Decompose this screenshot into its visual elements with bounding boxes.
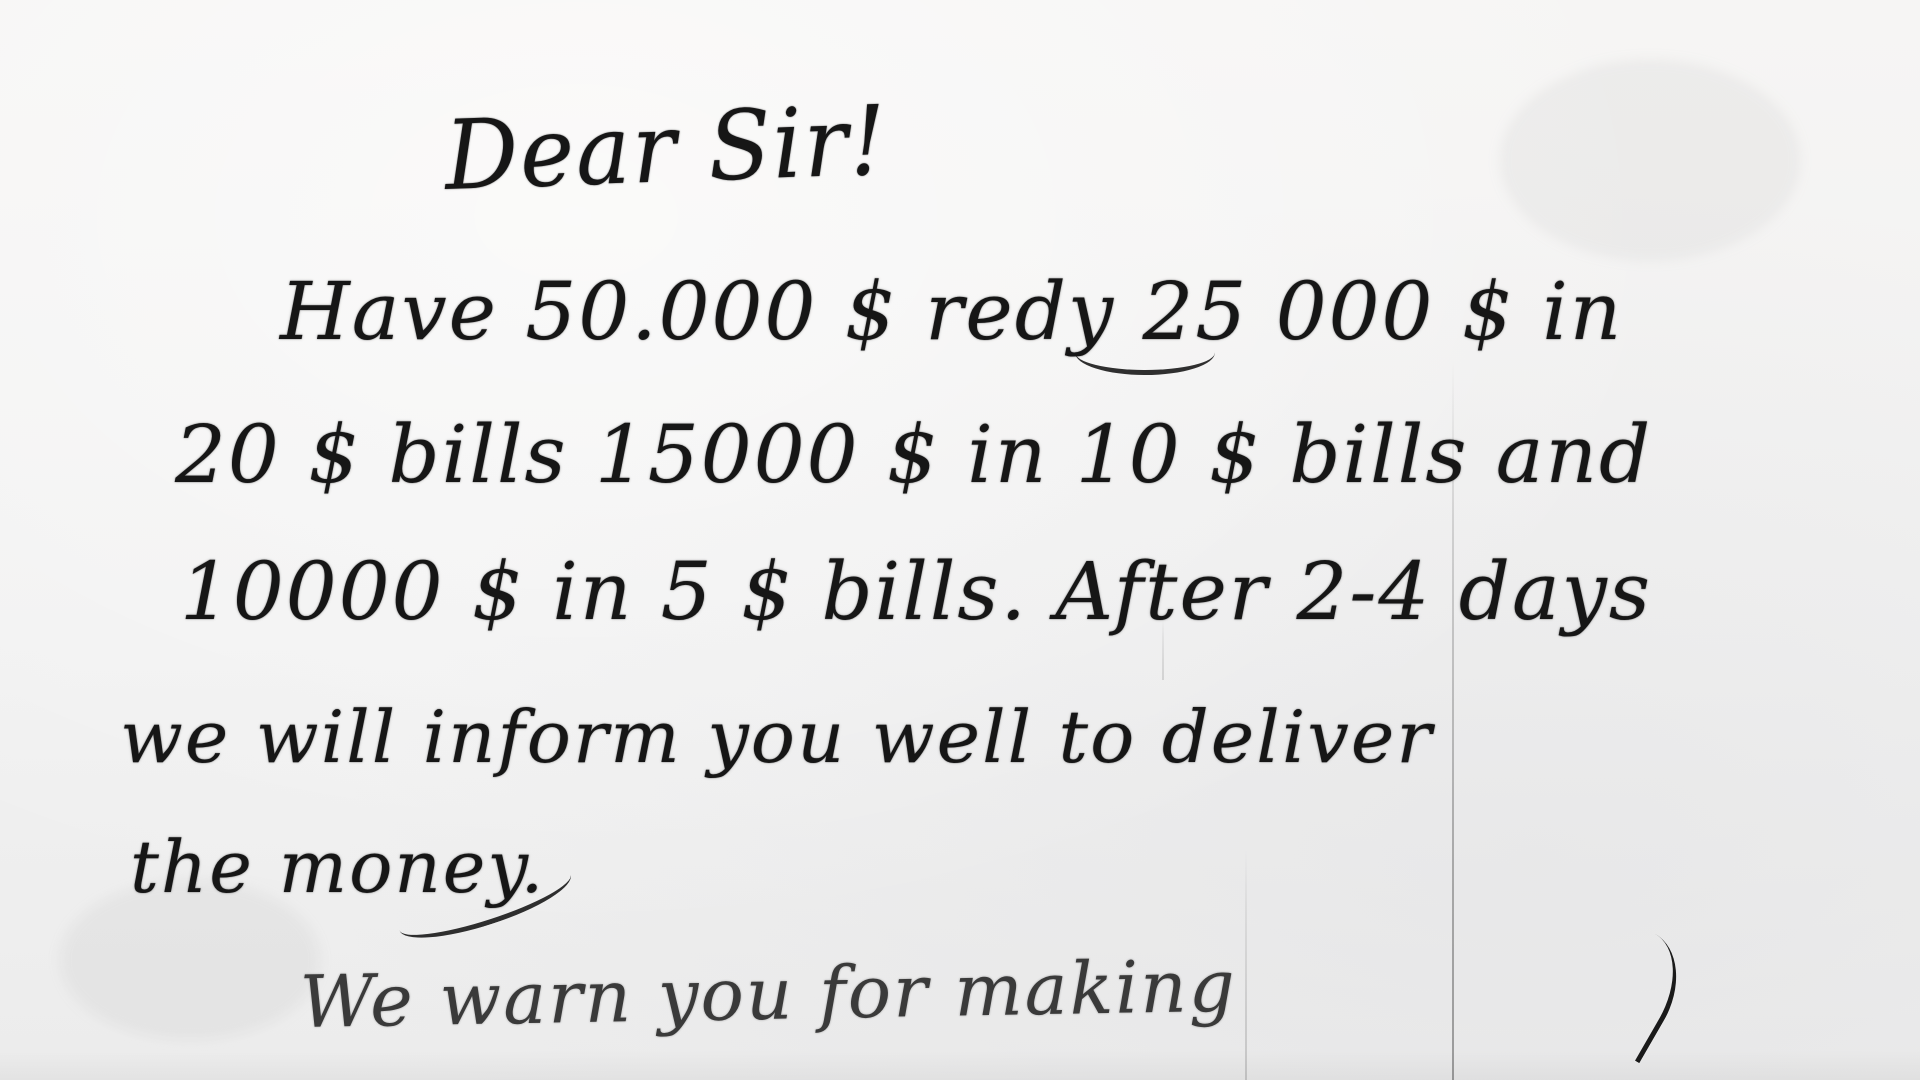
underline-stroke-redy: [1075, 330, 1215, 375]
paper-stain: [1500, 60, 1800, 260]
letter-line-4: we will inform you well to deliver: [120, 695, 1434, 779]
letter-line-1: Have 50.000 $ redy 25 000 $ in: [280, 265, 1623, 358]
letter-line-6: We warn you for making: [299, 944, 1237, 1044]
letter-line-3: 10000 $ in 5 $ bills. After 2-4 days: [180, 545, 1652, 638]
letter-salutation: Dear Sir!: [443, 85, 890, 212]
paper-fold-line: [1245, 850, 1247, 1080]
page-bottom-edge: [0, 1050, 1920, 1080]
scanned-letter-page: Dear Sir! Have 50.000 $ redy 25 000 $ in…: [0, 0, 1920, 1080]
ink-flourish-stroke: [1566, 917, 1700, 1063]
letter-line-2: 20 $ bills 15000 $ in 10 $ bills and: [175, 408, 1652, 501]
